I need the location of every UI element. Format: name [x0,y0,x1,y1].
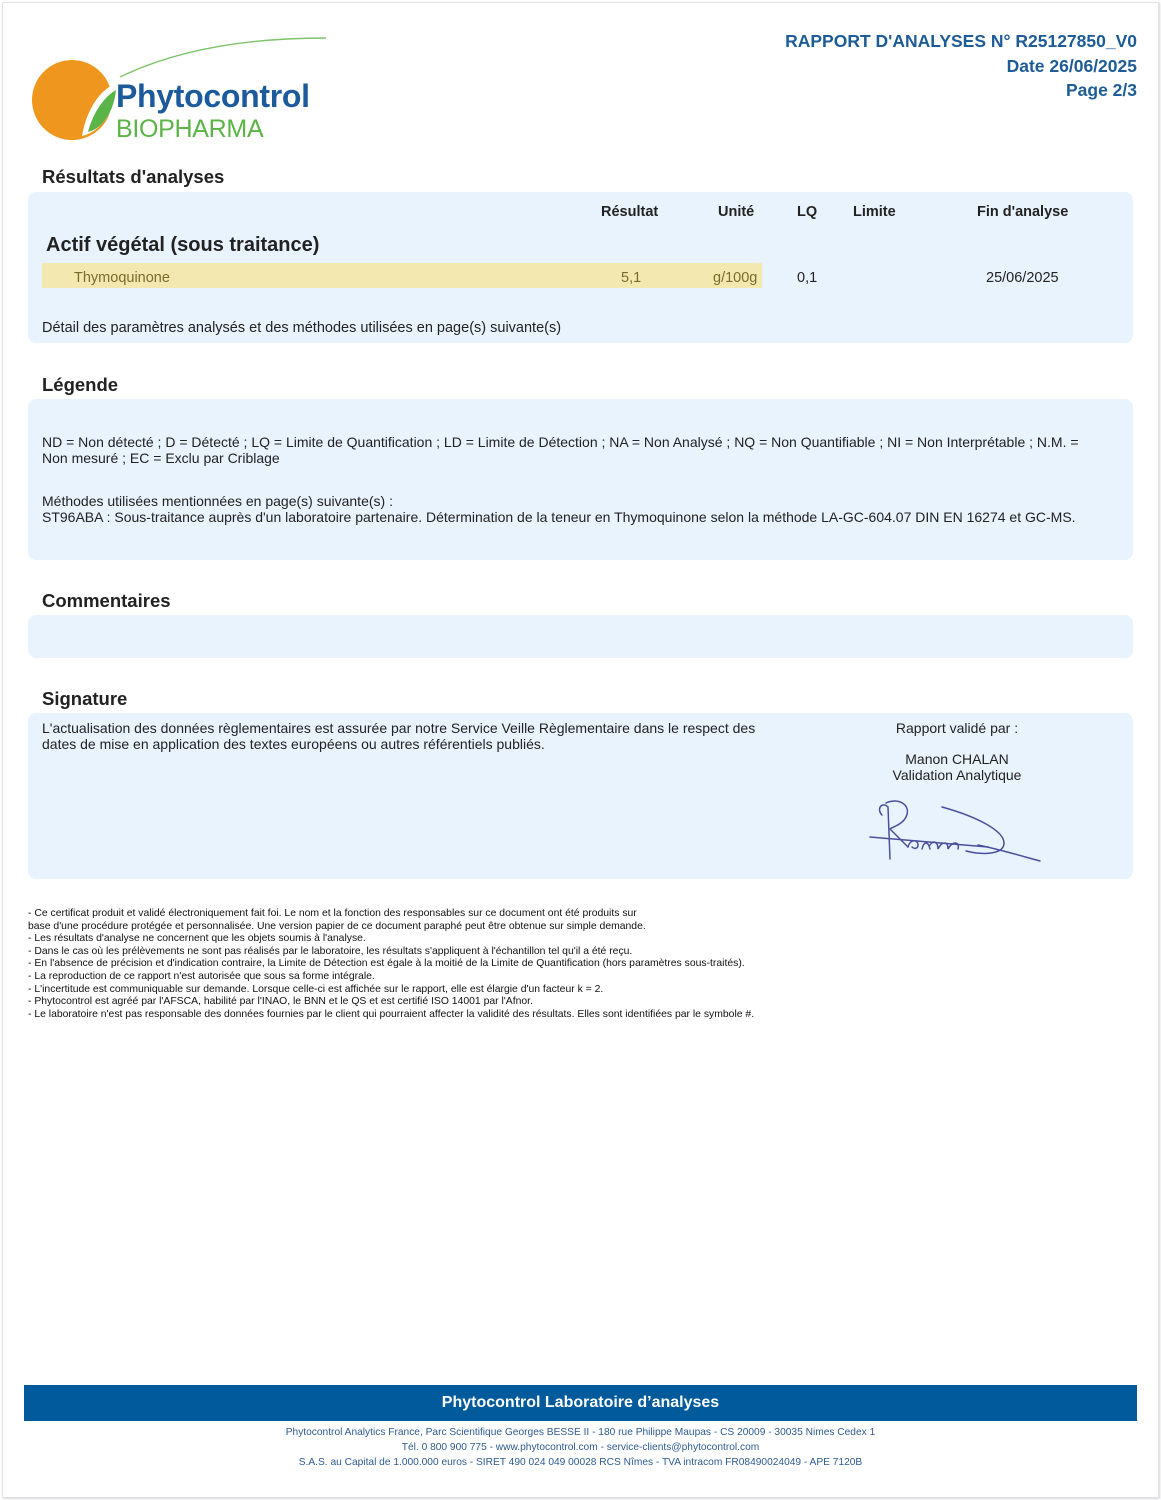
result-unit: g/100g [713,270,757,286]
legend-section-title: Légende [42,374,118,396]
methods-heading: Méthodes utilisées mentionnées en page(s… [42,493,393,509]
validated-by-label: Rapport validé par : [857,720,1057,736]
comments-panel [28,615,1133,658]
results-detail-note: Détail des paramètres analysés et des mé… [42,320,561,336]
column-header-limit: Limite [853,204,896,220]
disclaimer-line: - En l'absence de précision et d'indicat… [28,958,848,971]
disclaimer-line: base d'une procédure protégée et personn… [28,921,848,934]
footer-banner: Phytocontrol Laboratoire d’analyses [24,1385,1137,1421]
page-number: Page 2/3 [1066,80,1137,101]
disclaimer-line: - Ce certificat produit et validé électr… [28,908,848,921]
column-header-end-date: Fin d'analyse [977,204,1068,220]
disclaimer-line: - Le laboratoire n'est pas responsable d… [28,1009,848,1022]
disclaimer-line: - Dans le cas où les prélèvements ne son… [28,946,848,959]
comments-section-title: Commentaires [42,590,171,612]
handwritten-signature-icon [868,795,1048,867]
legend-panel [28,399,1133,560]
disclaimer-line: - L'incertitude est communiquable sur de… [28,984,848,997]
report-number: RAPPORT D'ANALYSES N° R25127850_V0 [785,31,1137,52]
footer-legal: S.A.S. au Capital de 1.000.000 euros - S… [0,1457,1161,1468]
results-section-title: Résultats d'analyses [42,166,224,188]
result-value: 5,1 [621,270,641,286]
result-parameter: Thymoquinone [74,270,170,286]
disclaimer-block: - Ce certificat produit et validé électr… [28,908,848,1021]
signature-statement-1: L'actualisation des données règlementair… [42,720,755,736]
column-header-unit: Unité [718,204,754,220]
signature-statement-2: dates de mise en application des textes … [42,736,545,752]
methods-text: ST96ABA : Sous-traitance auprès d'un lab… [42,509,1076,525]
legend-abbreviations-1: ND = Non détecté ; D = Détecté ; LQ = Li… [42,434,1079,450]
column-header-lq: LQ [797,204,817,220]
disclaimer-line: - La reproduction de ce rapport n'est au… [28,971,848,984]
signature-section-title: Signature [42,688,127,710]
logo-name: Phytocontrol [116,78,310,115]
validator-role: Validation Analytique [857,767,1057,783]
disclaimer-line: - Phytocontrol est agréé par l'AFSCA, ha… [28,996,848,1009]
logo-subtitle: BIOPHARMA [116,115,263,144]
footer-contact: Tél. 0 800 900 775 - www.phytocontrol.co… [0,1442,1161,1453]
footer-address: Phytocontrol Analytics France, Parc Scie… [0,1427,1161,1438]
report-date: Date 26/06/2025 [1007,56,1137,77]
result-lq: 0,1 [797,270,817,286]
disclaimer-line: - Les résultats d'analyse ne concernent … [28,933,848,946]
result-end-date: 25/06/2025 [986,270,1059,286]
analysis-group-title: Actif végétal (sous traitance) [46,234,319,257]
legend-abbreviations-2: Non mesuré ; EC = Exclu par Criblage [42,450,280,466]
column-header-result: Résultat [601,204,658,220]
comments-text [28,615,1133,635]
validator-name: Manon CHALAN [857,751,1057,767]
